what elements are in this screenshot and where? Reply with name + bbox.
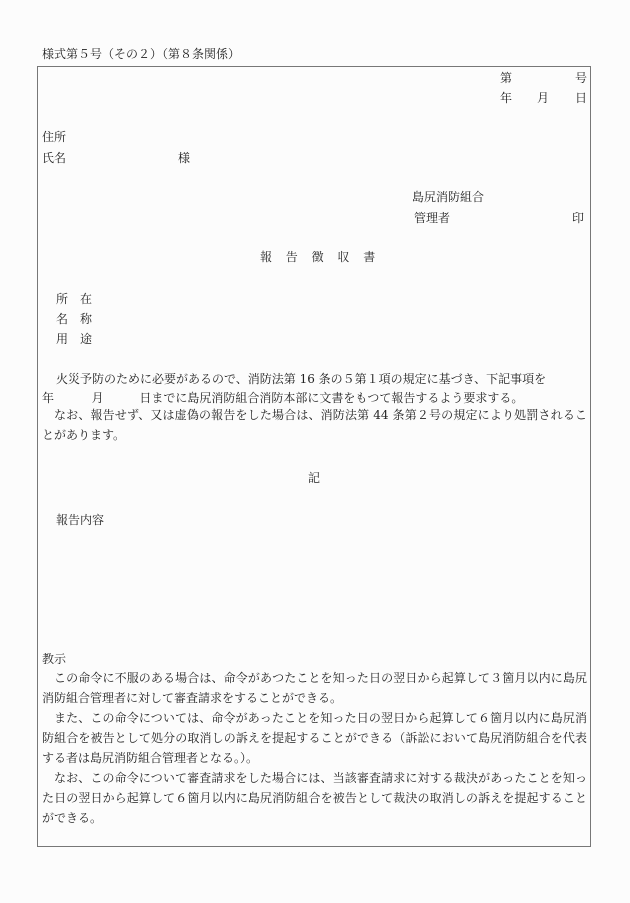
- instruction-paragraph-1: この命令に不服のある場合は、命令があつたことを知った日の翌日から起算して３箇月以…: [42, 668, 587, 708]
- target-name-label: 名 称: [56, 312, 92, 326]
- form-number: 様式第５号（その２）（第８条関係）: [42, 47, 240, 61]
- note-mark: 記: [308, 471, 320, 485]
- deadline-rest: 日までに島尻消防組合消防本部に文書をもつて報告するよう要求する。: [139, 391, 523, 405]
- document-number-prefix: 第: [500, 71, 512, 85]
- target-location-label: 所 在: [56, 292, 92, 306]
- document-number-suffix: 号: [575, 71, 587, 85]
- document-title: 報告徴収書: [260, 250, 389, 264]
- instruction-paragraph-2: また、この命令については、命令があったことを知った日の翌日から起算して６箇月以内…: [42, 708, 587, 768]
- instruction-heading: 教示: [42, 652, 66, 666]
- date-year: 年: [500, 91, 512, 105]
- issuer-seal: 印: [572, 211, 584, 225]
- recipient-honorific: 様: [178, 151, 190, 165]
- issuer-organization: 島尻消防組合: [412, 190, 484, 204]
- date-day: 日: [575, 91, 587, 105]
- body-paragraph1-line1-text: 火災予防のために必要があるので、消防法第 16 条の５第１項の規定に基づき、下記…: [56, 372, 546, 386]
- deadline-year: 年: [42, 391, 54, 405]
- body-paragraph1-line1: 火災予防のために必要があるので、消防法第 16 条の５第１項の規定に基づき、下記…: [56, 372, 546, 386]
- date-month: 月: [537, 91, 549, 105]
- recipient-name-label: 氏名: [42, 151, 66, 165]
- instruction-paragraph-3: なお、この命令について審査請求をした場合には、当該審査請求に対する裁決があったこ…: [42, 768, 587, 828]
- report-contents-label: 報告内容: [56, 513, 104, 527]
- issuer-title: 管理者: [414, 211, 450, 225]
- deadline-month: 月: [92, 391, 104, 405]
- body-paragraph2: なお、報告せず、又は虚偽の報告をした場合は、消防法第 44 条第２号の規定により…: [42, 405, 587, 445]
- recipient-address-label: 住所: [42, 130, 66, 144]
- target-use-label: 用 途: [56, 332, 92, 346]
- body-paragraph1-line2: 年 月 日までに島尻消防組合消防本部に文書をもつて報告するよう要求する。: [42, 391, 523, 405]
